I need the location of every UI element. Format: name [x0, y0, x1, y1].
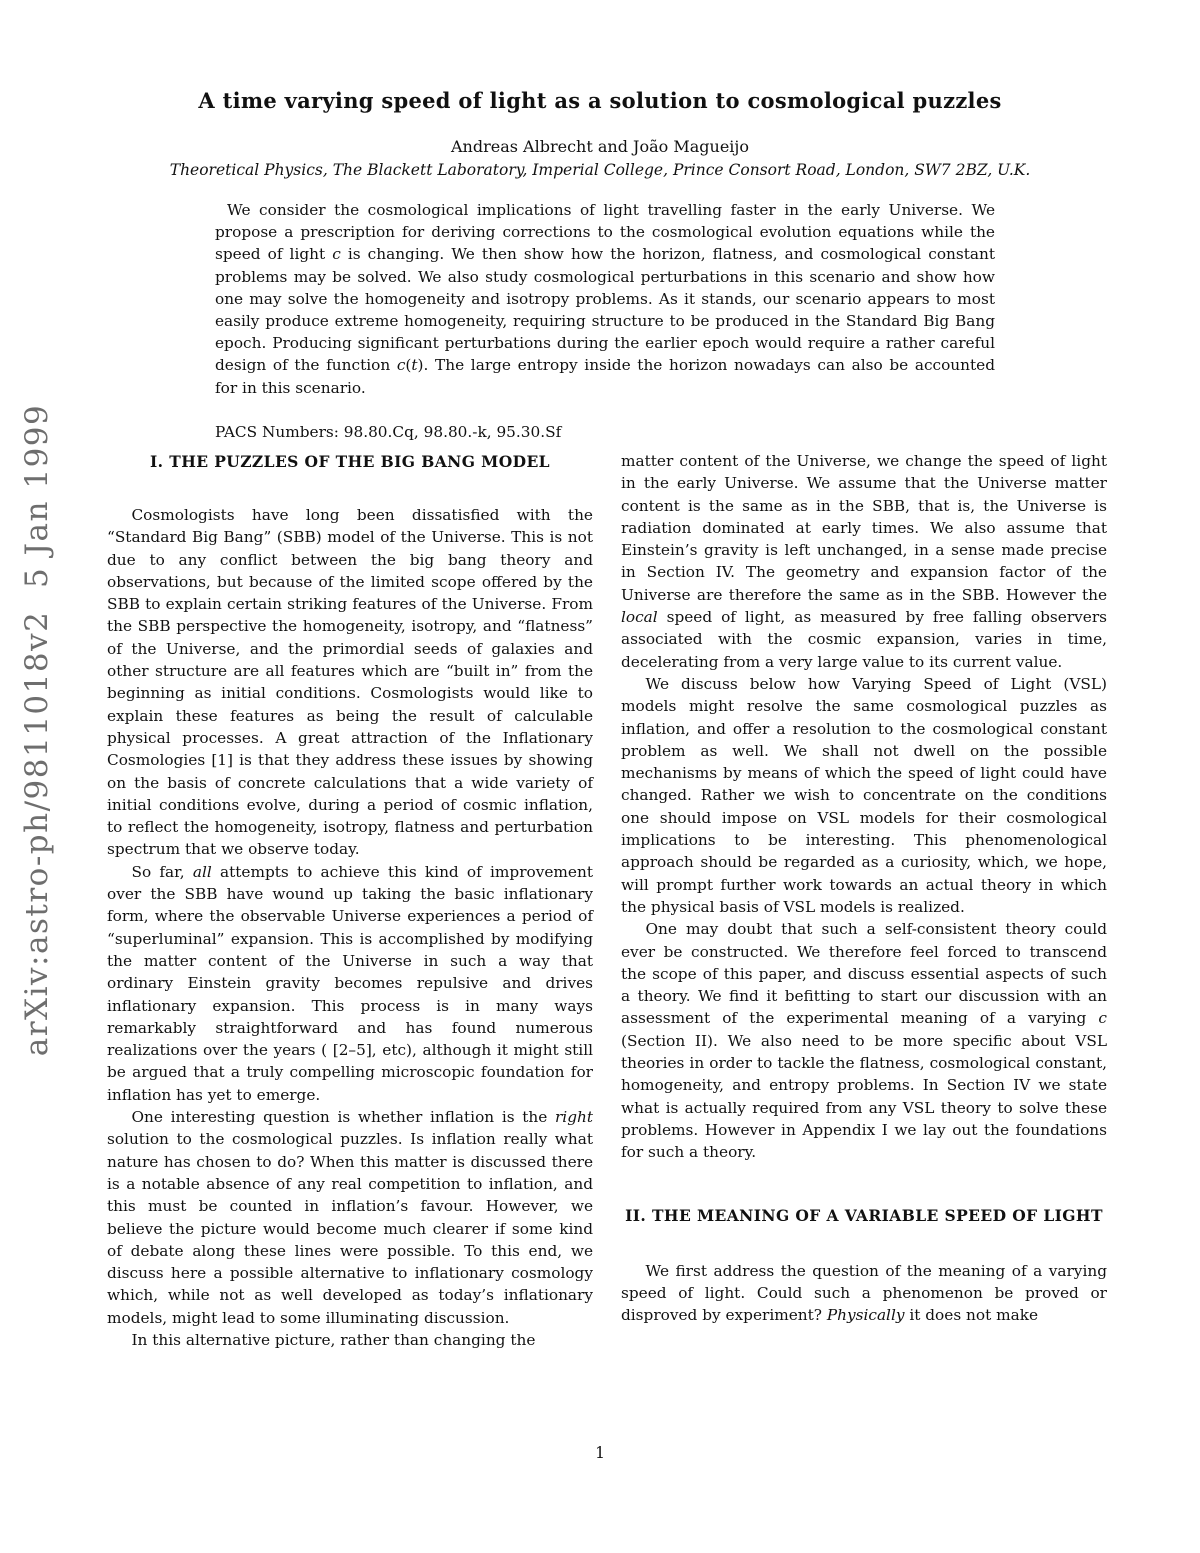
right-column: matter content of the Universe, we chang… [621, 450, 1107, 1351]
body-paragraph: Cosmologists have long been dissatisfied… [107, 504, 593, 861]
body-paragraph: In this alternative picture, rather than… [107, 1329, 593, 1351]
body-paragraph: We first address the question of the mea… [621, 1260, 1107, 1327]
paper-header: A time varying speed of light as a solut… [0, 88, 1200, 179]
body-paragraph: We discuss below how Varying Speed of Li… [621, 673, 1107, 918]
paper-authors: Andreas Albrecht and João Magueijo [0, 137, 1200, 156]
left-column: I. THE PUZZLES OF THE BIG BANG MODEL Cos… [107, 450, 593, 1351]
page-number: 1 [0, 1444, 1200, 1462]
body-paragraph: One may doubt that such a self-consisten… [621, 918, 1107, 1163]
two-column-body: I. THE PUZZLES OF THE BIG BANG MODEL Cos… [107, 450, 1107, 1351]
section-heading-2: II. THE MEANING OF A VARIABLE SPEED OF L… [621, 1204, 1107, 1228]
arxiv-watermark: arXiv:astro-ph/9811018v2 5 Jan 1999 [19, 404, 55, 1057]
section-heading-1: I. THE PUZZLES OF THE BIG BANG MODEL [107, 450, 593, 474]
paper-affiliation: Theoretical Physics, The Blackett Labora… [0, 161, 1200, 179]
body-paragraph: One interesting question is whether infl… [107, 1106, 593, 1329]
paper-title: A time varying speed of light as a solut… [90, 88, 1110, 113]
paper-page: arXiv:astro-ph/9811018v2 5 Jan 1999 A ti… [0, 0, 1200, 1553]
pacs-numbers: PACS Numbers: 98.80.Cq, 98.80.-k, 95.30.… [215, 423, 1200, 441]
body-paragraph-continuation: matter content of the Universe, we chang… [621, 450, 1107, 673]
body-paragraph: So far, all attempts to achieve this kin… [107, 861, 593, 1106]
paper-abstract: We consider the cosmological implication… [215, 199, 995, 399]
